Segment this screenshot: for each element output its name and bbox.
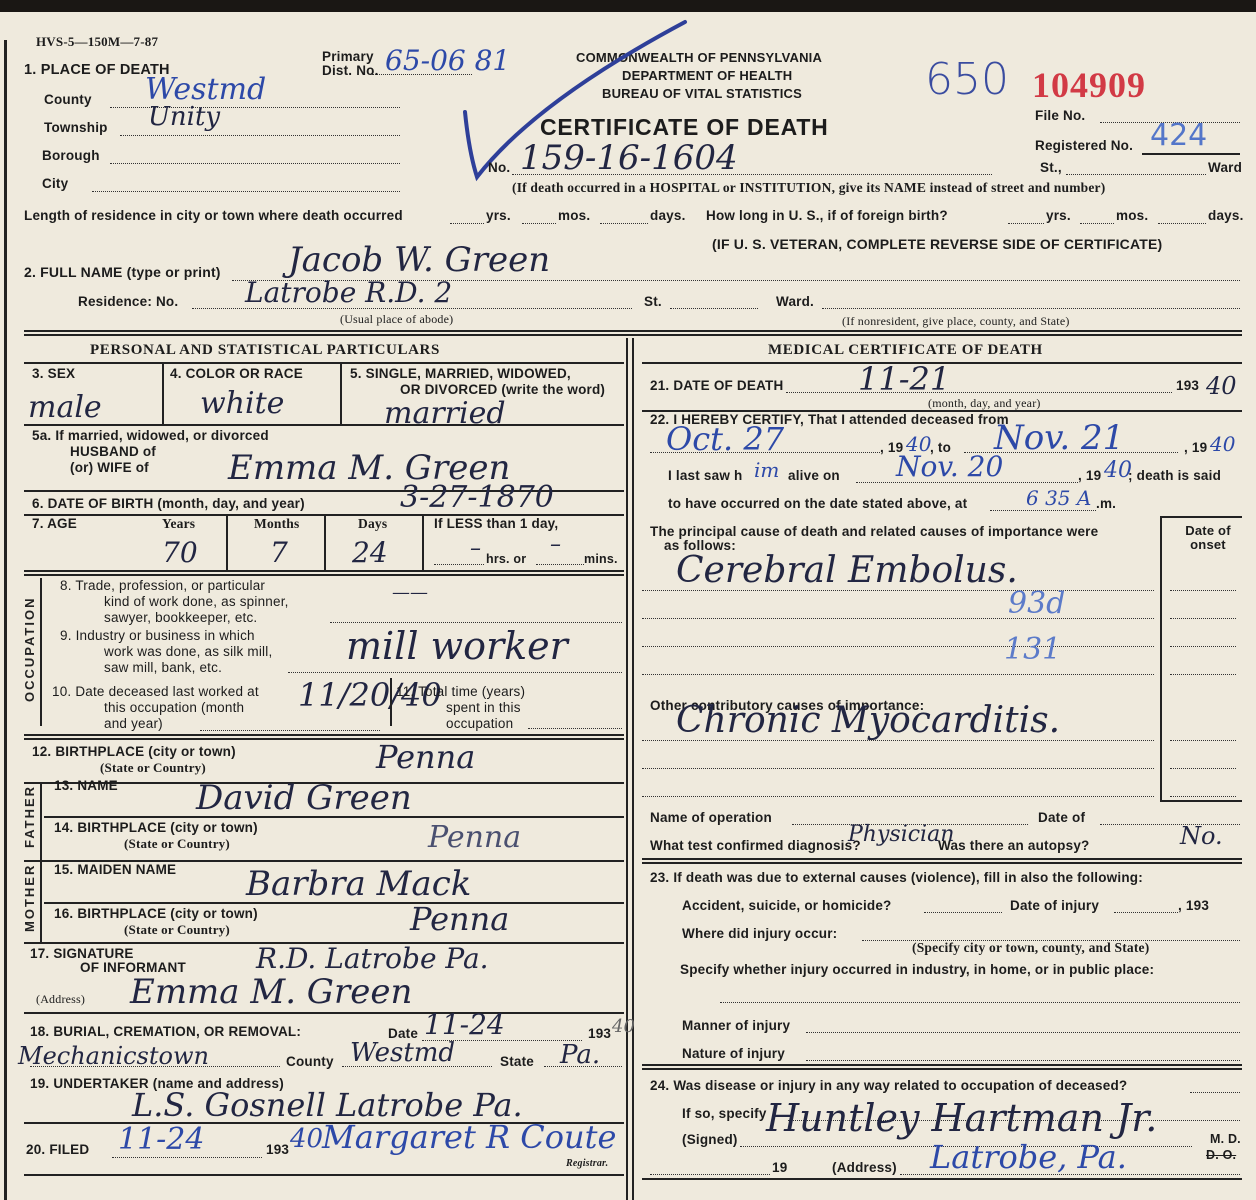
marital-value: married <box>384 396 506 431</box>
occupation-side-label: OCCUPATION <box>22 597 37 702</box>
other-line-3 <box>642 796 1154 797</box>
left-border <box>4 40 7 1200</box>
race-divider <box>340 364 342 426</box>
us-mos-line <box>1080 223 1114 224</box>
registered-no-value: 424 <box>1150 118 1207 153</box>
age-label: 7. AGE <box>32 516 77 531</box>
street-no-label: No. <box>488 160 510 175</box>
time-suffix: .m. <box>1096 496 1116 511</box>
specify-label: If so, specify <box>682 1106 767 1121</box>
res-yrs-label: yrs. <box>486 208 511 223</box>
onset-line-3 <box>1170 646 1236 647</box>
township-line <box>120 135 400 136</box>
dod-note: (month, day, and year) <box>928 396 1041 411</box>
alive-on-label: alive on <box>788 468 840 483</box>
res-mos-label: mos. <box>558 208 590 223</box>
res-mos-line <box>522 223 556 224</box>
filed-year-value: 40 <box>290 1124 323 1154</box>
borough-line <box>110 163 400 164</box>
informant-label-1: 17. SIGNATURE <box>30 946 134 961</box>
onset-line-7 <box>1170 796 1236 797</box>
father-birthplace-sublabel: (State or Country) <box>124 836 230 852</box>
full-name-label: 2. FULL NAME (type or print) <box>24 264 221 280</box>
father-side-rule <box>40 784 42 862</box>
last-worked-label-3: and year) <box>104 716 163 731</box>
industry-line <box>288 672 622 673</box>
cause-line-2 <box>642 618 1154 619</box>
death-certificate: HVS-5—150M—7-87 1. PLACE OF DEATH Primar… <box>0 12 1256 1200</box>
total-time-line <box>528 728 622 729</box>
burial-state-label: State <box>500 1054 534 1069</box>
us-yrs-line <box>1008 223 1044 224</box>
burial-label: 18. BURIAL, CREMATION, OR REMOVAL: <box>30 1024 301 1039</box>
residence-value: Latrobe R.D. 2 <box>245 276 452 309</box>
signed-year-label: 19 <box>772 1160 787 1175</box>
dod-year-prefix-text: 193 <box>1176 378 1199 393</box>
months-label: Months <box>254 516 299 532</box>
city-label: City <box>42 176 68 191</box>
signed-label: (Signed) <box>682 1132 738 1147</box>
section-divider <box>24 330 1242 336</box>
total-time-label-2: spent in this <box>446 700 521 715</box>
years-label: Years <box>162 516 195 532</box>
total-time-label-3: occupation <box>446 716 513 731</box>
mother-side-label: MOTHER <box>22 864 37 932</box>
ward-label: Ward <box>1208 160 1242 175</box>
accident-label: Accident, suicide, or homicide? <box>682 898 892 913</box>
trade-label-2: kind of work done, as spinner, <box>104 594 289 609</box>
informant-address-label: (Address) <box>36 992 85 1007</box>
column-divider-a <box>626 338 628 1200</box>
residence-length-label: Length of residence in city or town wher… <box>24 208 403 223</box>
mins-line <box>536 564 584 565</box>
manner-line <box>806 1032 1240 1033</box>
borough-label: Borough <box>42 148 100 163</box>
mother-name-value: Barbra Mack <box>246 864 471 904</box>
time-line <box>990 510 1096 511</box>
foreign-birth-label: How long in U. S., if of foreign birth? <box>706 208 948 223</box>
nature-line <box>806 1060 1240 1061</box>
father-name-label: 13. NAME <box>54 778 118 793</box>
operation-date-label: Date of <box>1038 810 1085 825</box>
res-yrs-line <box>450 223 484 224</box>
father-name-rule <box>44 816 624 818</box>
industry-label-2: work was done, as silk mill, <box>104 644 272 659</box>
days-label: Days <box>358 516 387 532</box>
burial-state-value: Pa. <box>560 1040 600 1070</box>
cause-code-2: 131 <box>1004 632 1061 667</box>
cause-code-1: 93d <box>1008 586 1065 621</box>
registered-no-line <box>1142 153 1240 155</box>
file-number-stamp: 104909 <box>1032 64 1146 106</box>
less-than-day-label: If LESS than 1 day, <box>434 516 558 531</box>
dod-year-prefix: 193 <box>1176 378 1199 393</box>
onset-top-rule <box>1160 516 1242 518</box>
injury-place-line <box>720 1002 1240 1003</box>
informant-signature-value: Emma M. Green <box>130 972 412 1012</box>
burial-county-label: County <box>286 1054 334 1069</box>
full-name-value: Jacob W. Green <box>288 240 550 280</box>
us-mos-label: mos. <box>1116 208 1148 223</box>
hospital-note: (If death occurred in a HOSPITAL or INST… <box>512 180 1105 196</box>
filed-rule <box>24 1174 624 1176</box>
last-saw-label: I last saw h <box>668 468 742 483</box>
form-code: HVS-5—150M—7-87 <box>36 34 158 50</box>
attended-from-value: Oct. 27 <box>666 420 784 458</box>
last-worked-label-2: this occupation (month <box>104 700 244 715</box>
residence-ward-line <box>822 308 1240 309</box>
physician-address-value: Latrobe, Pa. <box>930 1138 1127 1176</box>
onset-column-rule <box>1160 516 1162 802</box>
where-injury-label: Where did injury occur: <box>682 926 837 941</box>
residence-st-label: St. <box>644 294 662 309</box>
md-label: M. D. <box>1210 1132 1241 1146</box>
veteran-note: (IF U. S. VETERAN, COMPLETE REVERSE SIDE… <box>712 236 1162 252</box>
onset-line-2 <box>1170 618 1236 619</box>
dod-label: 21. DATE OF DEATH <box>650 378 783 393</box>
mother-side-rule <box>40 862 42 942</box>
industry-label-1: 9. Industry or business in which <box>60 628 255 643</box>
personal-title-rule <box>24 362 624 364</box>
onset-line-5 <box>1170 740 1236 741</box>
mother-birthplace-sublabel: (State or Country) <box>124 922 230 938</box>
sex-label: 3. SEX <box>32 366 75 381</box>
months-value: 7 <box>270 536 288 569</box>
filed-label: 20. FILED <box>26 1142 89 1157</box>
father-birthplace-label: 14. BIRTHPLACE (city or town) <box>54 820 258 835</box>
father-name-value: David Green <box>196 778 412 818</box>
where-injury-note: (Specify city or town, county, and State… <box>912 940 1149 956</box>
occupation-related-label: 24. Was disease or injury in any way rel… <box>650 1078 1127 1093</box>
informant-rule <box>24 1012 624 1014</box>
occupation-related-line <box>1190 1092 1240 1093</box>
operation-label: Name of operation <box>650 810 772 825</box>
registrar-label: Registrar. <box>566 1158 608 1169</box>
burial-place-value: Mechanicstown <box>18 1042 209 1070</box>
personal-section-title: PERSONAL AND STATISTICAL PARTICULARS <box>90 342 440 359</box>
us-yrs-label: yrs. <box>1046 208 1071 223</box>
trade-value: —— <box>392 582 428 603</box>
residence-ward-label: Ward. <box>776 294 814 309</box>
years-value: 70 <box>162 536 198 569</box>
autopsy-label: Was there an autopsy? <box>938 838 1089 853</box>
birthplace-label: 12. BIRTHPLACE (city or town) <box>32 744 236 759</box>
manner-label: Manner of injury <box>682 1018 790 1033</box>
medical-section-title: MEDICAL CERTIFICATE OF DEATH <box>768 342 1043 359</box>
onset-line-4 <box>1170 674 1236 675</box>
street-no-value: 159-16-1604 <box>520 138 738 178</box>
onset-line-6 <box>1170 768 1236 769</box>
last-saw-year-prefix: , 19 <box>1078 468 1101 483</box>
registered-no-label: Registered No. <box>1035 138 1133 153</box>
last-saw-pronoun: im <box>754 458 779 482</box>
occupation-side-rule <box>40 578 42 726</box>
onset-label: Date of onset <box>1180 524 1236 552</box>
injury-place-label: Specify whether injury occurred in indus… <box>680 962 1154 977</box>
dod-value: 11-21 <box>858 360 950 398</box>
filed-date-value: 11-24 <box>118 1122 204 1157</box>
county-label: County <box>44 92 92 107</box>
last-worked-divider <box>390 678 392 726</box>
column-divider-b <box>632 338 634 1200</box>
father-birthplace-value: Penna <box>428 820 521 855</box>
hrs-value: – <box>470 536 481 561</box>
trade-line <box>330 622 622 623</box>
registrar-signature: Margaret R Coute <box>322 1118 616 1156</box>
spouse-label-3: (or) WIFE of <box>70 460 149 475</box>
diagnosis-label: What test confirmed diagnosis? <box>650 838 861 853</box>
injury-date-line <box>1114 912 1178 913</box>
city-line <box>92 191 400 192</box>
us-days-line <box>1158 223 1206 224</box>
last-worked-line <box>200 730 380 731</box>
industry-label-3: saw mill, bank, etc. <box>104 660 222 675</box>
mins-value: – <box>550 532 561 557</box>
burial-year-prefix: 193 <box>588 1026 611 1041</box>
injury-date-label: Date of injury <box>1010 898 1099 913</box>
occurred-label: to have occurred on the date stated abov… <box>668 496 967 511</box>
us-days-label: days. <box>1208 208 1244 223</box>
burial-year-value: 40 <box>612 1016 635 1037</box>
trade-label-3: sawyer, bookkeeper, etc. <box>104 610 257 625</box>
occupation-rule <box>24 734 624 740</box>
township-label: Township <box>44 120 108 135</box>
marital-label-2: OR DIVORCED (write the word) <box>400 382 605 397</box>
time-value: 6 35 A <box>1026 486 1091 510</box>
onset-bottom-rule <box>1160 800 1242 802</box>
cause-value: Cerebral Embolus. <box>676 550 1018 591</box>
res-days-line <box>600 223 648 224</box>
mother-name-label: 15. MAIDEN NAME <box>54 862 176 877</box>
mother-birthplace-label: 16. BIRTHPLACE (city or town) <box>54 906 258 921</box>
other-line-2 <box>642 768 1154 769</box>
sex-divider <box>162 364 164 426</box>
dob-label: 6. DATE OF BIRTH (month, day, and year) <box>32 496 305 511</box>
accident-line <box>924 912 1002 913</box>
st-label: St., <box>1040 160 1062 175</box>
bottom-rule <box>642 1178 1242 1180</box>
dob-value: 3-27-1870 <box>400 480 554 515</box>
race-label: 4. COLOR OR RACE <box>170 366 303 381</box>
cause-line-4 <box>642 674 1154 675</box>
township-value: Unity <box>148 102 220 132</box>
burial-date-value: 11-24 <box>424 1008 505 1041</box>
external-rule <box>642 1064 1242 1070</box>
spouse-label-1: 5a. If married, widowed, or divorced <box>32 428 269 443</box>
marital-rule <box>24 424 624 426</box>
file-annotation: 650 <box>925 54 1009 105</box>
birthplace-value: Penna <box>376 738 475 776</box>
physician-signature: Huntley Hartman Jr. <box>766 1096 1157 1140</box>
dod-year-value: 40 <box>1206 372 1237 400</box>
industry-value: mill worker <box>346 624 568 668</box>
mins-label: mins. <box>584 552 618 566</box>
cause-line-3 <box>642 646 1154 647</box>
other-causes-value: Chronic Myocarditis. <box>676 700 1060 741</box>
st-line <box>1066 174 1206 175</box>
last-worked-label-1: 10. Date deceased last worked at <box>52 684 259 699</box>
file-no-label: File No. <box>1035 108 1085 123</box>
informant-address-value: R.D. Latrobe Pa. <box>256 942 489 975</box>
injury-year-prefix: , 193 <box>1178 898 1209 913</box>
residence-label: Residence: No. <box>78 294 178 309</box>
diagnosis-rule <box>642 858 1242 864</box>
last-saw-value: Nov. 20 <box>896 450 1003 483</box>
filed-year-prefix: 193 <box>266 1142 289 1157</box>
race-value: white <box>200 386 284 421</box>
cause-label-1: The principal cause of death and related… <box>650 524 1098 539</box>
usual-place-note: (Usual place of abode) <box>340 312 453 327</box>
mother-birthplace-value: Penna <box>410 900 509 938</box>
to-year-value: 40 <box>1210 432 1235 456</box>
hrs-label: hrs. or <box>486 552 526 566</box>
onset-line-1 <box>1170 590 1236 591</box>
death-said-label: ; death is said <box>1128 468 1221 483</box>
nature-label: Nature of injury <box>682 1046 785 1061</box>
do-label: D. O. <box>1206 1148 1236 1162</box>
age-rule <box>24 570 624 576</box>
sex-value: male <box>28 390 102 425</box>
spouse-label-2: HUSBAND of <box>70 444 156 459</box>
physician-address-label: (Address) <box>832 1160 897 1175</box>
to-year-prefix: , 19 <box>1184 440 1207 455</box>
external-causes-label: 23. If death was due to external causes … <box>650 870 1143 885</box>
autopsy-value: No. <box>1180 822 1223 850</box>
nonresident-note: (If nonresident, give place, county, and… <box>842 314 1070 329</box>
res-days-label: days. <box>650 208 686 223</box>
birthplace-sublabel: (State or Country) <box>100 760 206 776</box>
months-divider <box>324 516 326 572</box>
trade-label-1: 8. Trade, profession, or particular <box>60 578 265 593</box>
years-divider <box>226 516 228 572</box>
father-side-label: FATHER <box>22 785 37 848</box>
hrs-line <box>434 564 484 565</box>
days-divider <box>422 516 424 572</box>
marital-label: 5. SINGLE, MARRIED, WIDOWED, <box>350 366 571 381</box>
total-time-label-1: 11. Total time (years) <box>396 684 525 699</box>
filed-date-line <box>112 1157 262 1158</box>
burial-county-value: Westmd <box>350 1038 455 1068</box>
signed-date-line <box>650 1174 770 1175</box>
attended-to-value: Nov. 21 <box>994 418 1124 458</box>
residence-st-line <box>670 308 758 309</box>
days-value: 24 <box>352 536 388 569</box>
mother-name-rule <box>44 902 624 904</box>
dod-line <box>786 392 1172 393</box>
